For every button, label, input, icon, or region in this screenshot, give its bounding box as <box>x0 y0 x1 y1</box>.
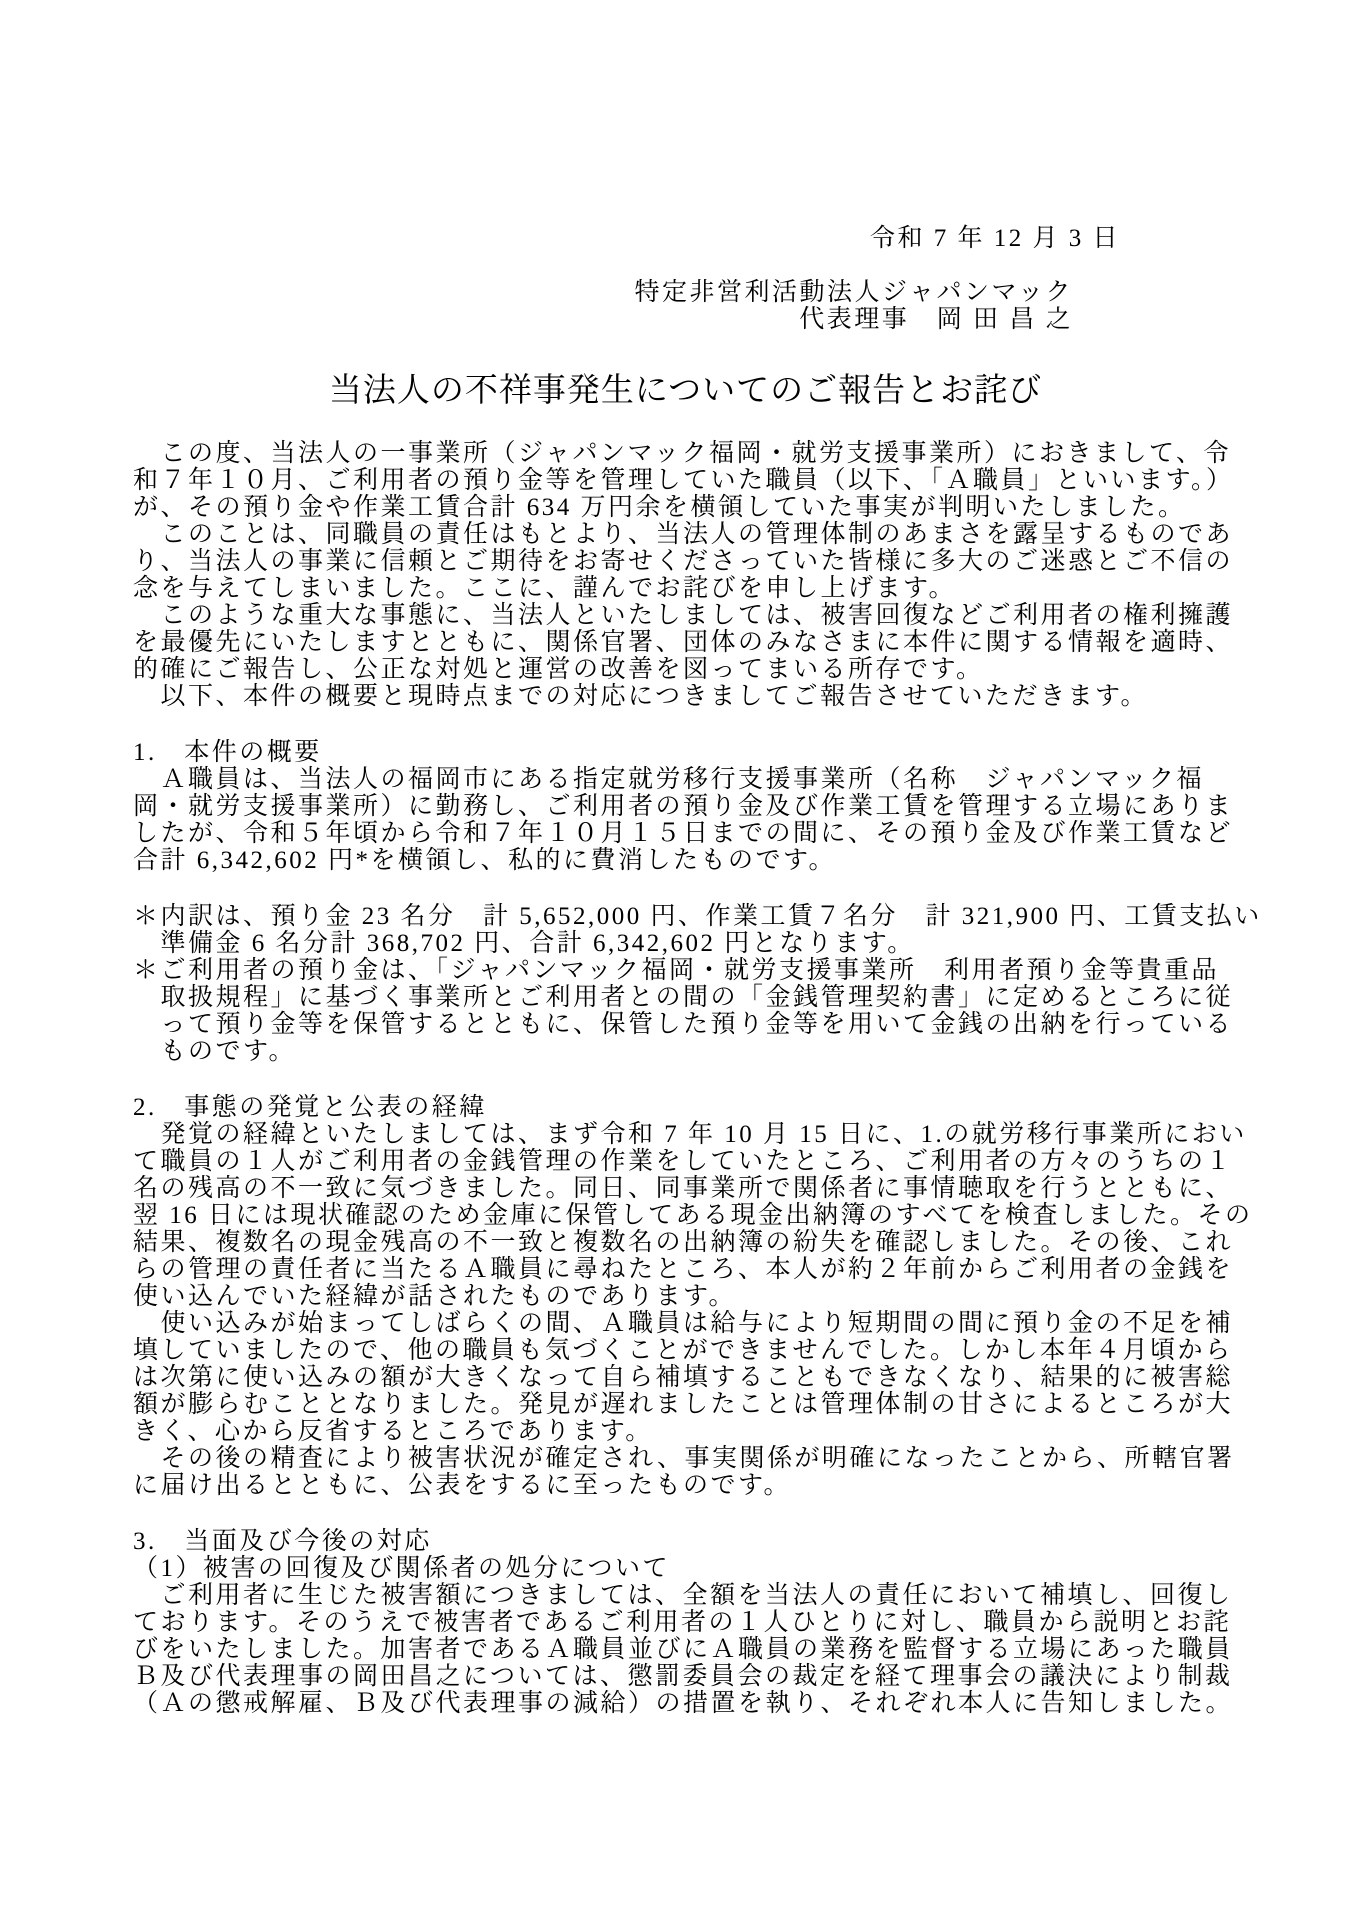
footnotes-block: ＊内訳は、預り金 23 名分 計 5,652,000 円、作業工賃７名分 計 3… <box>133 903 1238 1065</box>
section-2-paragraph: 発覚の経緯といたしましては、まず令和 7 年 10 月 15 日に、1.の就労移… <box>133 1121 1238 1499</box>
intro-paragraph: この度、当法人の一事業所（ジャパンマック福岡・就労支援事業所）におきまして、令和… <box>133 440 1238 710</box>
text-line: り、当法人の事業に信頼とご期待をお寄せくださっていた皆様に多大のご迷惑とご不信の <box>133 548 1238 575</box>
text-line: 合計 6,342,602 円*を横領し、私的に費消したものです。 <box>133 847 1238 874</box>
section-2-heading: 2. 事態の発覚と公表の経緯 <box>133 1094 1238 1121</box>
text-line: ております。そのうえで被害者であるご利用者の１人ひとりに対し、職員から説明とお詫 <box>133 1609 1238 1636</box>
text-line: に届け出るとともに、公表をするに至ったものです。 <box>133 1472 1238 1499</box>
text-line: Ａ職員は、当法人の福岡市にある指定就労移行支援事業所（名称 ジャパンマック福 <box>133 766 1238 793</box>
text-line: って預り金等を保管するとともに、保管した預り金等を用いて金銭の出納を行っている <box>133 1011 1238 1038</box>
text-line: 以下、本件の概要と現時点までの対応につきましてご報告させていただきます。 <box>133 683 1238 710</box>
organization-name: 特定非営利活動法人ジャパンマック <box>133 279 1073 306</box>
text-line: 発覚の経緯といたしましては、まず令和 7 年 10 月 15 日に、1.の就労移… <box>133 1121 1238 1148</box>
text-line: このことは、同職員の責任はもとより、当法人の管理体制のあまさを露呈するものであ <box>133 521 1238 548</box>
section-3-subheading: （1）被害の回復及び関係者の処分について <box>133 1555 1238 1582</box>
text-line: を最優先にいたしますとともに、関係官署、団体のみなさまに本件に関する情報を適時、 <box>133 629 1238 656</box>
section-1: 1. 本件の概要 Ａ職員は、当法人の福岡市にある指定就労移行支援事業所（名称 ジ… <box>133 739 1238 874</box>
text-line: ＊ご利用者の預り金は、「ジャパンマック福岡・就労支援事業所 利用者預り金等貴重品 <box>133 957 1238 984</box>
text-line: 額が膨らむこととなりました。発見が遅れましたことは管理体制の甘さによるところが大 <box>133 1391 1238 1418</box>
text-line: きく、心から反省するところであります。 <box>133 1418 1238 1445</box>
representative-name: 代表理事 岡 田 昌 之 <box>133 306 1073 333</box>
text-line: びをいたしました。加害者であるＡ職員並びにＡ職員の業務を監督する立場にあった職員 <box>133 1636 1238 1663</box>
section-2: 2. 事態の発覚と公表の経緯 発覚の経緯といたしましては、まず令和 7 年 10… <box>133 1094 1238 1499</box>
text-line: は次第に使い込みの額が大きくなって自ら補填することもできなくなり、結果的に被害総 <box>133 1364 1238 1391</box>
text-line: て職員の１人がご利用者の金銭管理の作業をしていたところ、ご利用者の方々のうちの１ <box>133 1148 1238 1175</box>
text-line: したが、令和５年頃から令和７年１０月１５日までの間に、その預り金及び作業工賃など <box>133 820 1238 847</box>
text-line: このような重大な事態に、当法人といたしましては、被害回復などご利用者の権利擁護 <box>133 602 1238 629</box>
section-3-paragraph: ご利用者に生じた被害額につきましては、全額を当法人の責任において補填し、回復して… <box>133 1582 1238 1717</box>
text-line: 名の残高の不一致に気づきました。同日、同事業所で関係者に事情聴取を行うとともに、 <box>133 1175 1238 1202</box>
text-line: 念を与えてしまいました。ここに、謹んでお詫びを申し上げます。 <box>133 575 1238 602</box>
text-line: が、その預り金や作業工賃合計 634 万円余を横領していた事実が判明いたしました… <box>133 494 1238 521</box>
section-1-paragraph: Ａ職員は、当法人の福岡市にある指定就労移行支援事業所（名称 ジャパンマック福岡・… <box>133 766 1238 874</box>
document-page: 令和 7 年 12 月 3 日 特定非営利活動法人ジャパンマック 代表理事 岡 … <box>0 0 1356 1920</box>
text-line: 填していましたので、他の職員も気づくことができませんでした。しかし本年４月頃から <box>133 1337 1238 1364</box>
sender-block: 特定非営利活動法人ジャパンマック 代表理事 岡 田 昌 之 <box>133 279 1238 333</box>
text-line: 的確にご報告し、公正な対処と運営の改善を図ってまいる所存です。 <box>133 656 1238 683</box>
text-line: 結果、複数名の現金残高の不一致と複数名の出納簿の紛失を確認しました。その後、これ <box>133 1229 1238 1256</box>
text-line: （Ａの懲戒解雇、Ｂ及び代表理事の減給）の措置を執り、それぞれ本人に告知しました。 <box>133 1690 1238 1717</box>
date-line: 令和 7 年 12 月 3 日 <box>133 225 1238 252</box>
text-line: 取扱規程」に基づく事業所とご利用者との間の「金銭管理契約書」に定めるところに従 <box>133 984 1238 1011</box>
text-line: この度、当法人の一事業所（ジャパンマック福岡・就労支援事業所）におきまして、令 <box>133 440 1238 467</box>
document-title: 当法人の不祥事発生についてのご報告とお詫び <box>133 369 1238 414</box>
text-line: ＊内訳は、預り金 23 名分 計 5,652,000 円、作業工賃７名分 計 3… <box>133 903 1238 930</box>
section-3-heading: 3. 当面及び今後の対応 <box>133 1528 1238 1555</box>
text-line: 岡・就労支援事業所）に勤務し、ご利用者の預り金及び作業工賃を管理する立場にありま <box>133 793 1238 820</box>
text-line: その後の精査により被害状況が確定され、事実関係が明確になったことから、所轄官署 <box>133 1445 1238 1472</box>
text-line: ものです。 <box>133 1038 1238 1065</box>
text-line: 使い込んでいた経緯が話されたものであります。 <box>133 1283 1238 1310</box>
text-line: 翌 16 日には現状確認のため金庫に保管してある現金出納簿のすべてを検査しました… <box>133 1202 1238 1229</box>
text-line: ご利用者に生じた被害額につきましては、全額を当法人の責任において補填し、回復し <box>133 1582 1238 1609</box>
section-1-heading: 1. 本件の概要 <box>133 739 1238 766</box>
section-3: 3. 当面及び今後の対応 （1）被害の回復及び関係者の処分について ご利用者に生… <box>133 1528 1238 1717</box>
text-line: らの管理の責任者に当たるＡ職員に尋ねたところ、本人が約２年前からご利用者の金銭を <box>133 1256 1238 1283</box>
text-line: 準備金 6 名分計 368,702 円、合計 6,342,602 円となります。 <box>133 930 1238 957</box>
text-line: 和７年１０月、ご利用者の預り金等を管理していた職員（以下、「Ａ職員」といいます。… <box>133 467 1238 494</box>
text-line: 使い込みが始まってしばらくの間、Ａ職員は給与により短期間の間に預り金の不足を補 <box>133 1310 1238 1337</box>
text-line: Ｂ及び代表理事の岡田昌之については、懲罰委員会の裁定を経て理事会の議決により制裁 <box>133 1663 1238 1690</box>
